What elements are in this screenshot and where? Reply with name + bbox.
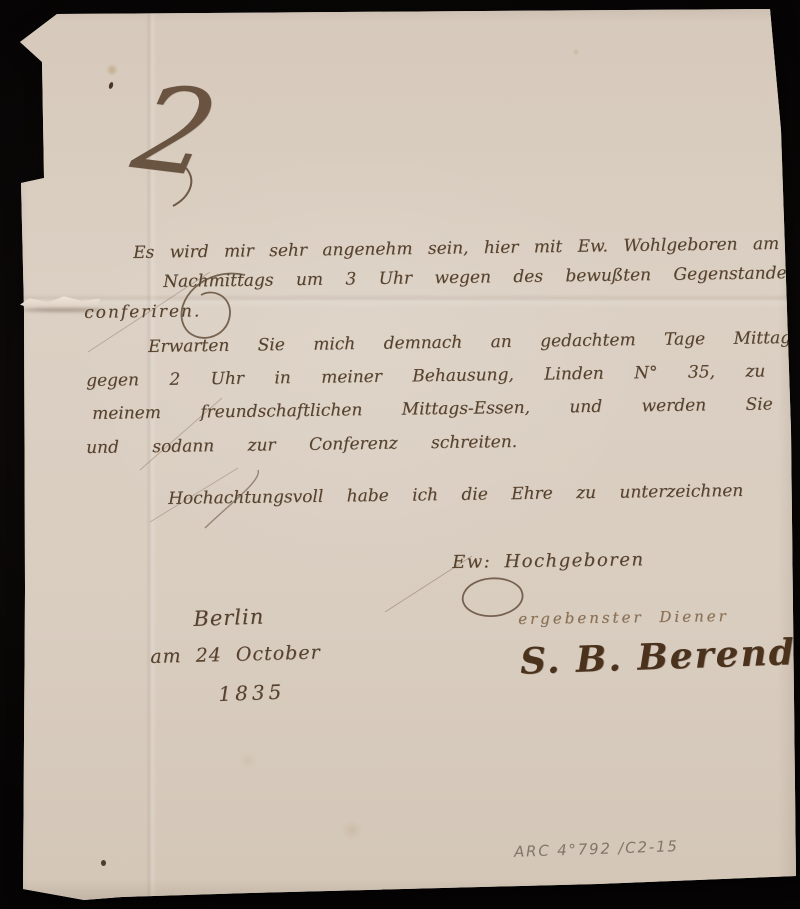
body-line: und sodann zur Conferenz schreiten. xyxy=(86,432,517,458)
dateline-place: Berlin xyxy=(193,605,265,631)
dateline-date: am 24 October xyxy=(150,642,321,668)
letter-paper: 2 Es wird mir sehr angenehm sein, hier m… xyxy=(0,0,800,909)
signature: S. B. Berend xyxy=(519,631,796,683)
closing-formula-line: Hochachtungsvoll habe ich die Ehre zu un… xyxy=(168,481,743,509)
body-line: Erwarten Sie mich demnach an gedachtem T… xyxy=(148,328,800,357)
closing-salutation: Ew: Hochgeboren xyxy=(452,549,645,573)
dateline-year: 1835 xyxy=(218,680,286,706)
page-number-flourish: 2 xyxy=(123,59,229,203)
body-line: meinem freundschaftlichen Mittags-Essen,… xyxy=(92,394,773,424)
body-line: conferiren. xyxy=(84,301,201,323)
ink-dot xyxy=(108,82,114,90)
body-line: Es wird mir sehr angenehm sein, hier mit… xyxy=(133,232,800,263)
body-line: Nachmittags um 3 Uhr wegen des bewußten … xyxy=(163,263,800,292)
photograph-background: 2 Es wird mir sehr angenehm sein, hier m… xyxy=(0,0,800,909)
archive-reference: ARC 4°792 /C2-15 xyxy=(514,837,679,861)
letter-paper-wrapper: 2 Es wird mir sehr angenehm sein, hier m… xyxy=(0,0,800,909)
closing-valediction: ergebenster Diener xyxy=(518,607,729,628)
paper-tear-shadow xyxy=(22,308,104,312)
paper-blemish-dot xyxy=(101,860,106,866)
body-line: gegen 2 Uhr in meiner Behausung, Linden … xyxy=(86,362,765,391)
